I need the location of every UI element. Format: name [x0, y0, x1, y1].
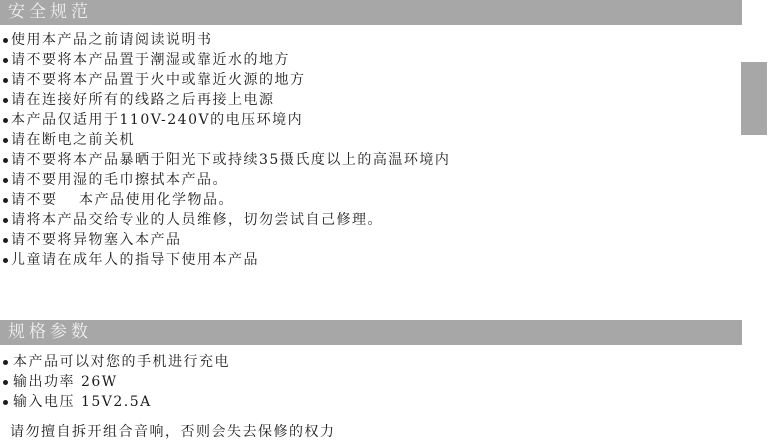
bullet-icon — [3, 118, 8, 123]
safety-list-item-text: 请不要将本产品暴晒于阳光下或持续35摄氏度以上的高温环境内 — [11, 150, 450, 170]
safety-list-item: 请不要将异物塞入本产品 — [0, 230, 450, 250]
bullet-icon — [3, 360, 8, 365]
bullet-icon — [3, 258, 8, 263]
section-header-specs: 规格参数 — [0, 320, 742, 345]
safety-list-item-text: 请不要将本产品置于火中或靠近火源的地方 — [11, 70, 306, 90]
page-edge-tab — [741, 62, 767, 135]
safety-list-item-text: 请不要用湿的毛巾擦拭本产品。 — [11, 170, 228, 190]
safety-list-item: 请在连接好所有的线路之后再接上电源 — [0, 90, 450, 110]
safety-list-item: 使用本产品之前请阅读说明书 — [0, 30, 450, 50]
specs-list-item: 输出功率 26W — [0, 372, 230, 392]
bullet-icon — [3, 198, 8, 203]
section-title-specs: 规格参数 — [0, 320, 92, 345]
bullet-icon — [3, 218, 8, 223]
section-header-safety: 安全规范 — [0, 0, 742, 25]
safety-list-item: 请不要用湿的毛巾擦拭本产品。 — [0, 170, 450, 190]
safety-list-item: 请在断电之前关机 — [0, 130, 450, 150]
safety-instructions-list: 使用本产品之前请阅读说明书 请不要将本产品置于潮湿或靠近水的地方 请不要将本产品… — [0, 30, 450, 270]
specs-list-item-text: 输出功率 26W — [13, 372, 118, 392]
specs-list-item-text: 输入电压 15V2.5A — [13, 392, 152, 412]
safety-list-item-text: 请不要将异物塞入本产品 — [11, 230, 182, 250]
bullet-icon — [3, 78, 8, 83]
bullet-icon — [3, 98, 8, 103]
specs-list-item-text: 本产品可以对您的手机进行充电 — [13, 352, 230, 372]
bullet-icon — [3, 178, 8, 183]
safety-list-item-text: 本产品仅适用于110V-240V的电压环境内 — [11, 110, 303, 130]
specs-list-item: 输入电压 15V2.5A — [0, 392, 230, 412]
manual-page: 安全规范 使用本产品之前请阅读说明书 请不要将本产品置于潮湿或靠近水的地方 请不… — [0, 0, 771, 442]
bullet-icon — [3, 238, 8, 243]
section-title-safety: 安全规范 — [0, 0, 92, 25]
specs-list-item: 本产品可以对您的手机进行充电 — [0, 352, 230, 372]
bullet-icon — [3, 158, 8, 163]
safety-list-item-text: 请在连接好所有的线路之后再接上电源 — [11, 90, 275, 110]
safety-list-item-text: 儿童请在成年人的指导下使用本产品 — [11, 250, 259, 270]
safety-list-item: 请不要 本产品使用化学物品。 — [0, 190, 450, 210]
specs-list: 本产品可以对您的手机进行充电 输出功率 26W 输入电压 15V2.5A — [0, 352, 230, 412]
warranty-note: 请勿擅自拆开组合音响，否则会失去保修的权力 — [10, 422, 336, 442]
safety-list-item-text: 请在断电之前关机 — [11, 130, 135, 150]
bullet-icon — [3, 138, 8, 143]
safety-list-item: 请不要将本产品置于火中或靠近火源的地方 — [0, 70, 450, 90]
bullet-icon — [3, 58, 8, 63]
safety-list-item: 请不要将本产品暴晒于阳光下或持续35摄氏度以上的高温环境内 — [0, 150, 450, 170]
safety-list-item-text: 请不要 本产品使用化学物品。 — [11, 190, 234, 210]
bullet-icon — [3, 380, 8, 385]
bullet-icon — [3, 38, 8, 43]
safety-list-item: 儿童请在成年人的指导下使用本产品 — [0, 250, 450, 270]
safety-list-item-text: 使用本产品之前请阅读说明书 — [11, 30, 213, 50]
safety-list-item: 请不要将本产品置于潮湿或靠近水的地方 — [0, 50, 450, 70]
safety-list-item-text: 请不要将本产品置于潮湿或靠近水的地方 — [11, 50, 290, 70]
safety-list-item: 本产品仅适用于110V-240V的电压环境内 — [0, 110, 450, 130]
safety-list-item-text: 请将本产品交给专业的人员维修，切勿尝试自己修理。 — [11, 210, 383, 230]
safety-list-item: 请将本产品交给专业的人员维修，切勿尝试自己修理。 — [0, 210, 450, 230]
bullet-icon — [3, 400, 8, 405]
